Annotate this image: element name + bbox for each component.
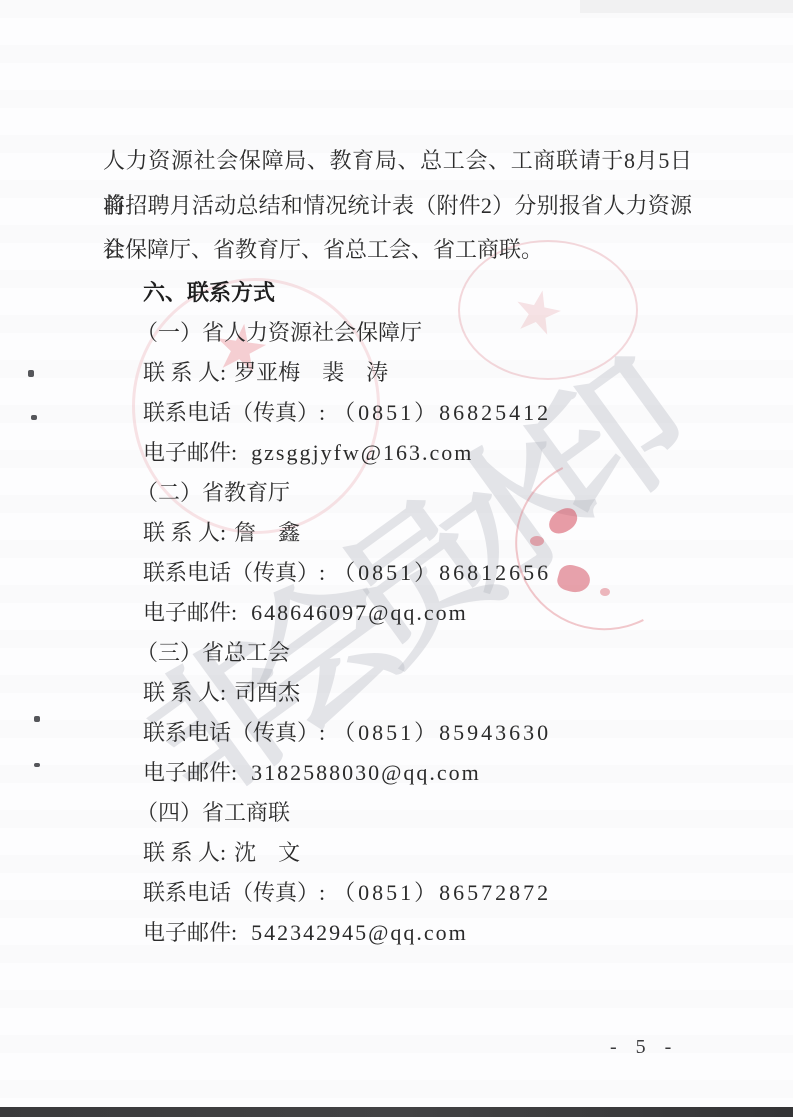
email-value: 542342945@qq.com (251, 920, 468, 945)
contact-person-line: 联 系 人:詹 鑫 (143, 513, 692, 553)
phone-label: 联系电话（传真）: (143, 560, 325, 585)
phone-value: （0851）86825412 (333, 400, 551, 425)
phone-label: 联系电话（传真）: (143, 720, 325, 745)
section-heading: 六、联系方式 (143, 273, 692, 313)
email-label: 电子邮件: (143, 760, 237, 785)
person-label: 联 系 人: (143, 520, 226, 545)
contact-phone-line: 联系电话（传真）:（0851）86825412 (143, 393, 692, 433)
contact-person-line: 联 系 人:司酉杰 (143, 673, 692, 713)
scan-artifact-top-right (580, 0, 793, 13)
email-value: 3182588030@qq.com (251, 760, 481, 785)
paragraph-line: 将招聘月活动总结和情况统计表（附件2）分别报省人力资源社 (103, 184, 692, 229)
person-value: 司酉杰 (234, 680, 300, 705)
paragraph-line: 人力资源社会保障局、教育局、总工会、工商联请于8月5日前 (103, 139, 692, 184)
contact-person-line: 联 系 人:罗亚梅 裴 涛 (143, 353, 692, 393)
person-label: 联 系 人: (143, 360, 226, 385)
email-value: gzsggjyfw@163.com (251, 440, 473, 465)
phone-value: （0851）85943630 (333, 720, 551, 745)
person-label: 联 系 人: (143, 680, 226, 705)
contact-phone-line: 联系电话（传真）:（0851）85943630 (143, 713, 692, 753)
contact-email-line: 电子邮件:gzsggjyfw@163.com (143, 433, 692, 473)
contact-phone-line: 联系电话（传真）:（0851）86572872 (143, 873, 692, 913)
paragraph-line: 会保障厅、省教育厅、省总工会、省工商联。 (103, 228, 692, 273)
contact-email-line: 电子邮件:542342945@qq.com (143, 913, 692, 953)
document-body: 人力资源社会保障局、教育局、总工会、工商联请于8月5日前 将招聘月活动总结和情况… (103, 139, 692, 953)
scan-speck (34, 716, 40, 722)
contact-heading: （一）省人力资源社会保障厅 (136, 313, 692, 353)
phone-value: （0851）86812656 (333, 560, 551, 585)
scan-speck (31, 415, 37, 420)
person-label: 联 系 人: (143, 840, 226, 865)
person-value: 沈 文 (234, 840, 300, 865)
person-value: 罗亚梅 裴 涛 (234, 360, 388, 385)
email-label: 电子邮件: (143, 440, 237, 465)
contact-email-line: 电子邮件:648646097@qq.com (143, 593, 692, 633)
person-value: 詹 鑫 (234, 520, 300, 545)
contact-person-line: 联 系 人:沈 文 (143, 833, 692, 873)
contact-email-line: 电子邮件:3182588030@qq.com (143, 753, 692, 793)
contact-heading: （二）省教育厅 (136, 473, 692, 513)
email-value: 648646097@qq.com (251, 600, 468, 625)
phone-label: 联系电话（传真）: (143, 400, 325, 425)
contact-heading: （三）省总工会 (136, 633, 692, 673)
page-number: - 5 - (610, 1036, 730, 1059)
contact-heading: （四）省工商联 (136, 793, 692, 833)
document-page: 非会员水印 ★ ★ 人力资源社会保障局、教育局、总工会、工商联请于8月5日前 将… (0, 0, 793, 1120)
scan-edge-bottom (0, 1107, 793, 1117)
email-label: 电子邮件: (143, 920, 237, 945)
contact-phone-line: 联系电话（传真）:（0851）86812656 (143, 553, 692, 593)
phone-label: 联系电话（传真）: (143, 880, 325, 905)
scan-speck (28, 370, 34, 377)
scan-speck (34, 763, 40, 767)
email-label: 电子邮件: (143, 600, 237, 625)
phone-value: （0851）86572872 (333, 880, 551, 905)
